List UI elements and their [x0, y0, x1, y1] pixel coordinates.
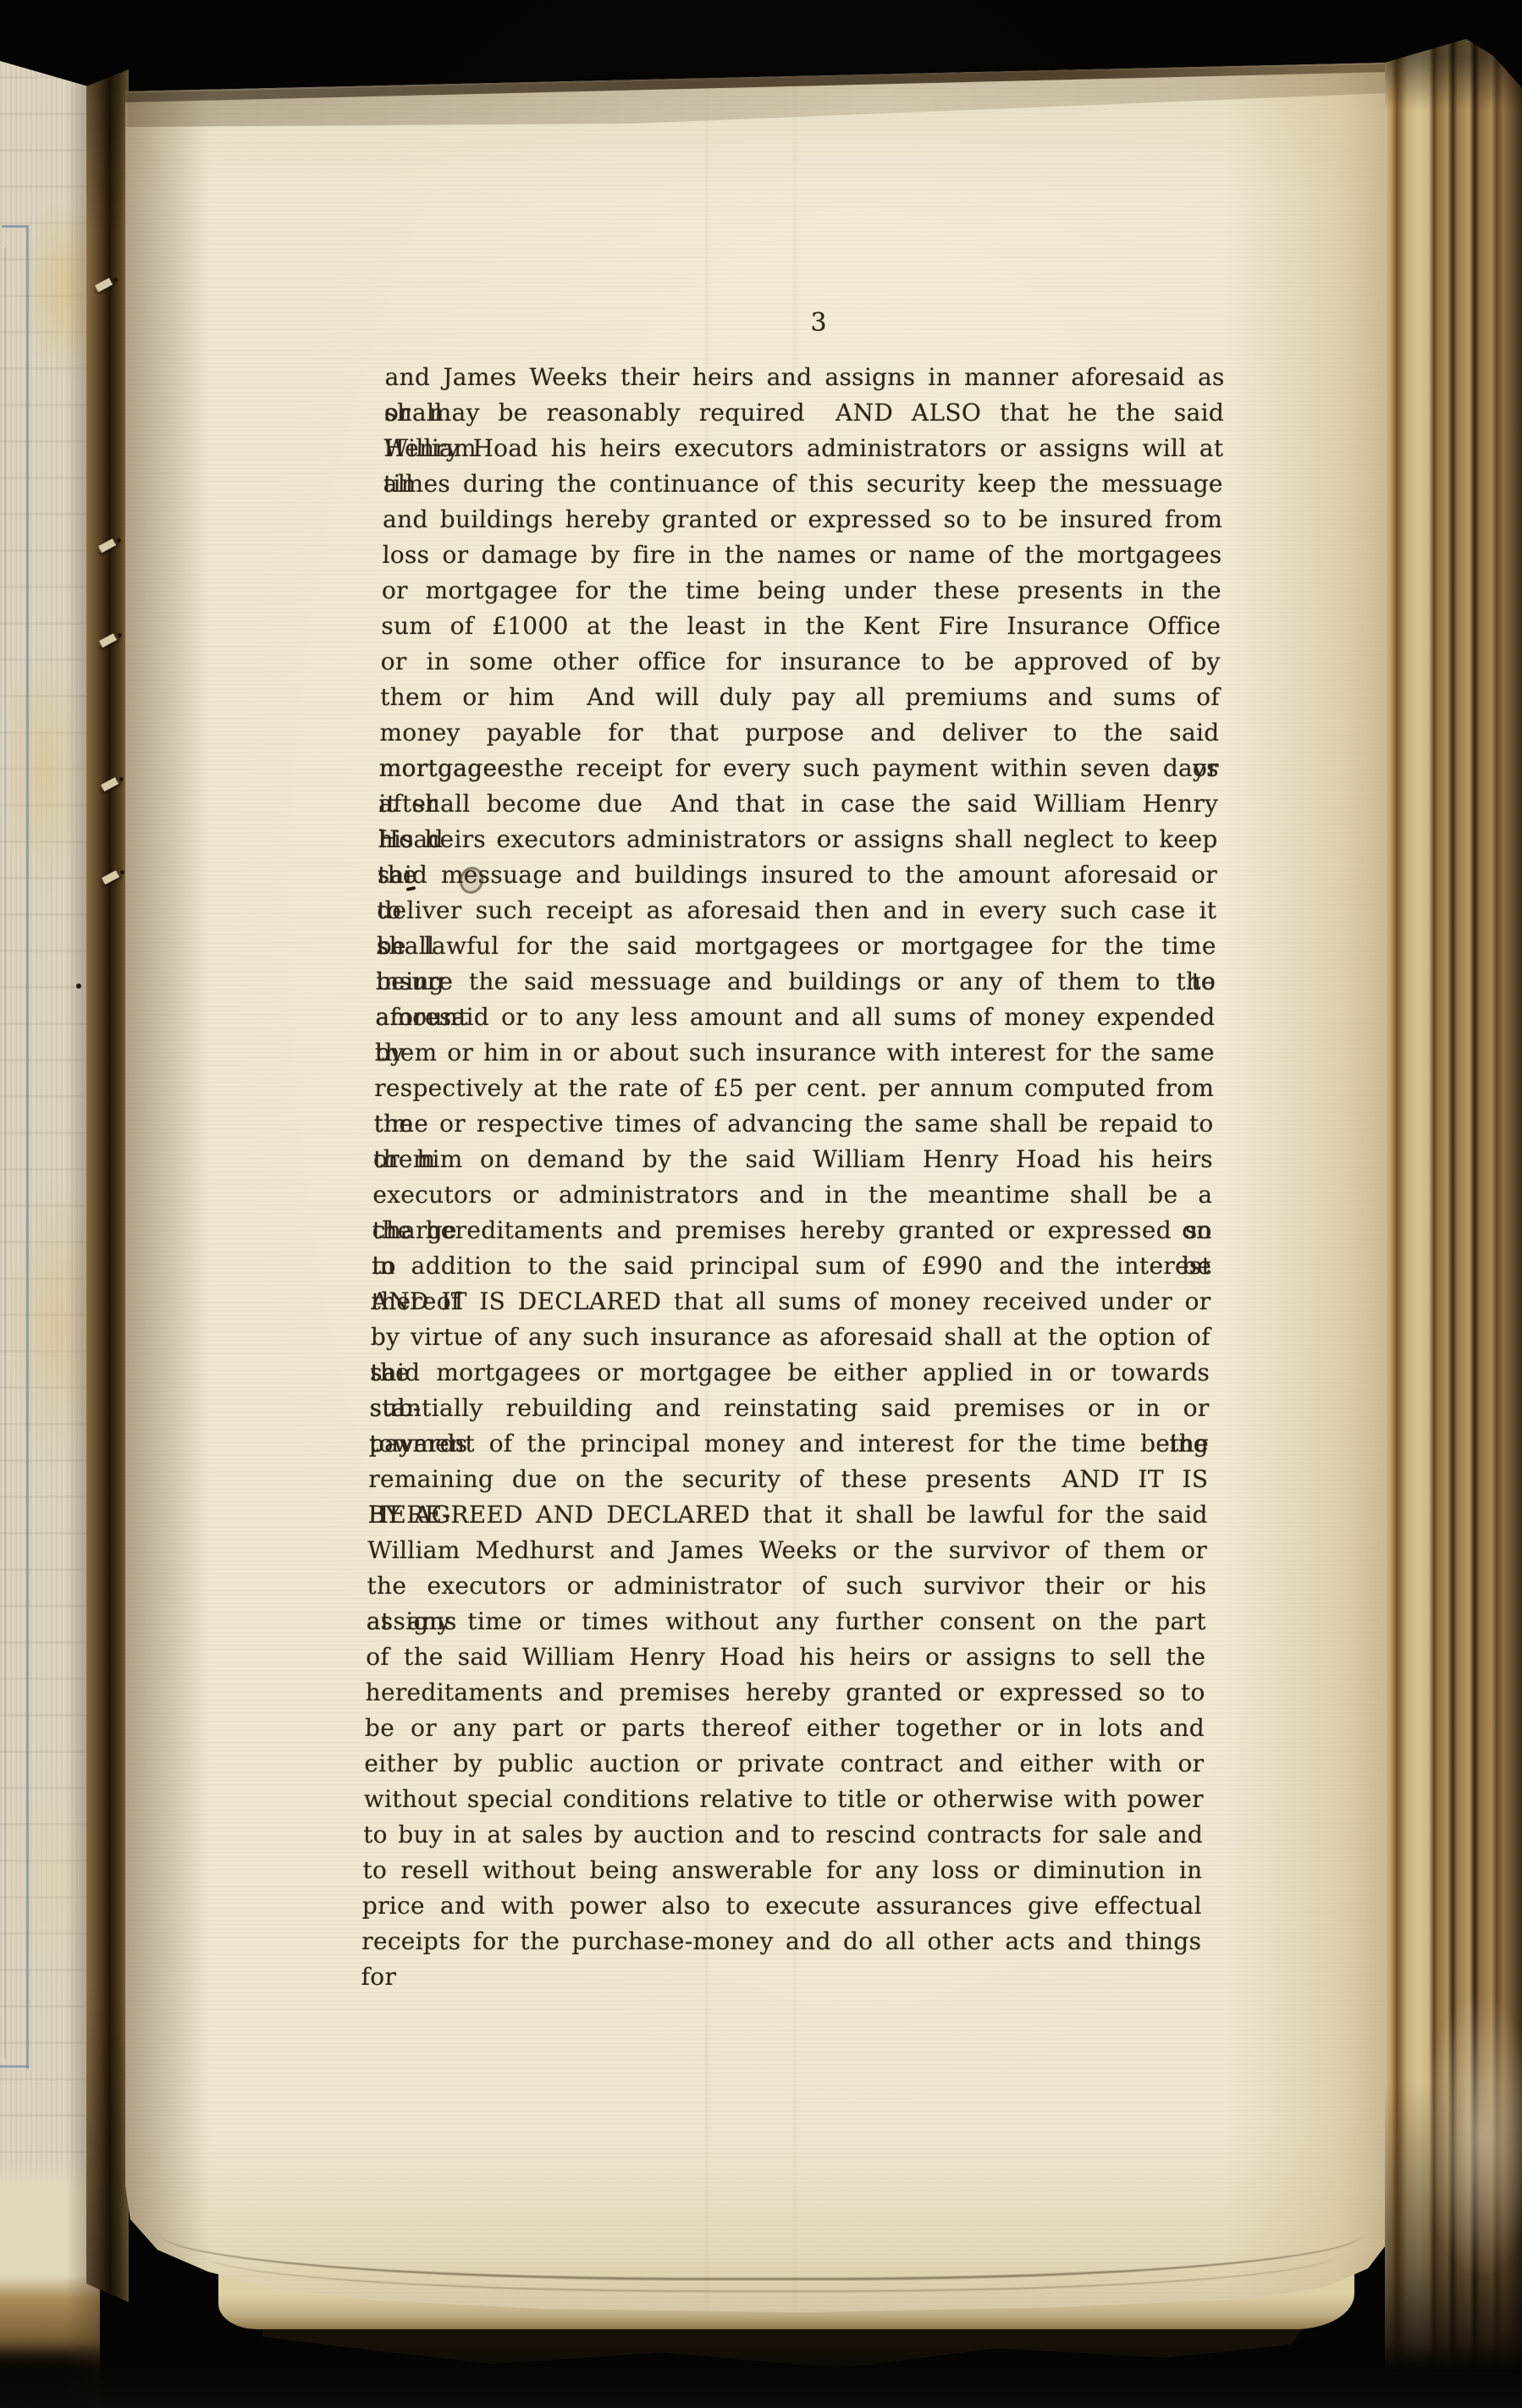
document-line: loss or damage by fire in the names or n…	[382, 537, 1222, 573]
document-line: said mortgagees or mortgagee be either a…	[370, 1355, 1210, 1391]
document-line: be lawful for the said mortgagees or mor…	[376, 928, 1216, 964]
document-page: 3 and James Weeks their heirs and assign…	[125, 54, 1388, 2319]
document-line: stantially rebuilding and reinstating sa…	[369, 1391, 1210, 1426]
document-line: and buildings hereby granted or expresse…	[383, 502, 1223, 537]
fore-edge-page-stack	[1385, 34, 1522, 2370]
document-line: hereditaments and premises hereby grante…	[365, 1675, 1205, 1711]
binding-stitch	[98, 775, 121, 792]
document-line: to resell without being answerable for a…	[362, 1853, 1203, 1888]
document-line: remaining due on the security of these p…	[368, 1462, 1209, 1497]
document-line: price and with power also to execute ass…	[362, 1888, 1203, 1924]
binding-gutter	[86, 51, 129, 2319]
binding-stitch	[99, 868, 122, 885]
document-line: either by public auction or private cont…	[364, 1746, 1205, 1782]
document-line: receipts for the purchase-money and do a…	[361, 1924, 1202, 1959]
binding-stitch	[96, 537, 119, 554]
document-line: to buy in at sales by auction and to res…	[363, 1817, 1204, 1853]
document-line: or in some other office for insurance to…	[380, 644, 1221, 680]
ink-speck	[76, 984, 81, 989]
ruled-margin-line-faint	[4, 247, 6, 2058]
document-line: AND IT IS DECLARED that all sums of mone…	[371, 1284, 1211, 1320]
document-line: sum of £1000 at the least in the Kent Fi…	[381, 609, 1221, 644]
document-line: time or respective times of advancing th…	[373, 1106, 1214, 1142]
page-number: 3	[385, 305, 1223, 342]
ruled-margin-line	[26, 227, 29, 2069]
document-line: or mortgagee for the time being under th…	[382, 573, 1222, 609]
document-line: them or him And will duly pay all premiu…	[380, 680, 1221, 715]
document-line: times during the continuance of this sec…	[383, 466, 1224, 502]
document-text-block: and James Weeks their heirs and assigns …	[361, 360, 1225, 1959]
book-scan-scene: 3 and James Weeks their heirs and assign…	[0, 0, 1522, 2408]
document-line: aforesaid or to any less amount and all …	[375, 1000, 1216, 1035]
document-line: said messuage and buildings insured to t…	[378, 857, 1218, 893]
document-line: the executors or administrator of such s…	[367, 1568, 1207, 1604]
page-bottom-edge-line-faint	[201, 2240, 1337, 2292]
document-line: it shall become due And that in case the…	[378, 786, 1219, 822]
document-line: of the said William Henry Hoad his heirs…	[366, 1639, 1206, 1675]
document-line: deliver such receipt as aforesaid then a…	[377, 893, 1217, 928]
ruled-frame-top	[2, 225, 29, 228]
document-line: at any time or times without any further…	[367, 1604, 1207, 1639]
document-line: William Medhurst and James Weeks or the …	[367, 1533, 1208, 1568]
document-line: payment of the principal money and inter…	[369, 1426, 1210, 1462]
document-line: or may be reasonably required AND ALSO t…	[384, 395, 1225, 431]
document-line: be or any part or parts thereof either t…	[365, 1711, 1205, 1746]
document-line: in addition to the said principal sum of…	[372, 1248, 1212, 1284]
document-line: respectively at the rate of £5 per cent.…	[374, 1071, 1215, 1106]
document-line: the hereditaments and premises hereby gr…	[372, 1213, 1212, 1248]
ruled-frame-bottom	[0, 2065, 29, 2068]
document-line: mortgagee the receipt for every such pay…	[379, 751, 1220, 786]
document-line: money payable for that purpose and deliv…	[379, 715, 1220, 751]
document-line: without special conditions relative to t…	[363, 1782, 1204, 1817]
document-line: by virtue of any such insurance as afore…	[371, 1320, 1211, 1355]
facing-page-edge	[0, 0, 100, 2408]
document-line: his heirs executors administrators or as…	[378, 822, 1218, 857]
document-line: BY AGREED AND DECLARED that it shall be …	[367, 1497, 1208, 1533]
document-line: insure the said messuage and buildings o…	[376, 964, 1216, 1000]
document-line: Henry Hoad his heirs executors administr…	[383, 431, 1224, 466]
binding-stitch	[92, 276, 115, 293]
document-line: them or him in or about such insurance w…	[375, 1035, 1216, 1071]
document-line: and James Weeks their heirs and assigns …	[384, 360, 1225, 395]
binding-stitch	[97, 631, 119, 648]
document-line: executors or administrators and in the m…	[372, 1177, 1213, 1213]
document-line: or him on demand by the said William Hen…	[373, 1142, 1214, 1177]
